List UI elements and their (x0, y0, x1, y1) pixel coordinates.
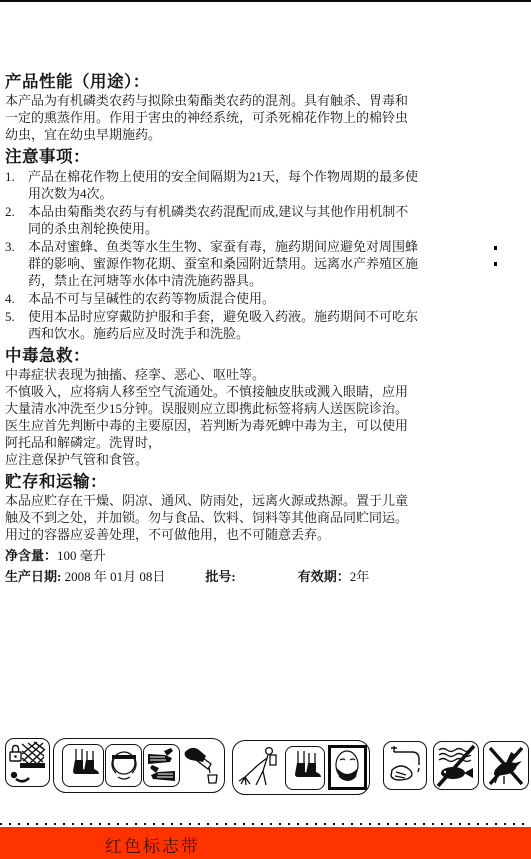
list-item: 2. 本品由菊酯类农药与有机磷类农药混配而成,建议与其他作用机制不 同的杀虫剂轮… (5, 203, 526, 237)
wear-boots-icon (62, 744, 104, 787)
section-heading-storage: 贮存和运输： (5, 472, 526, 492)
list-item-text: 本品不可与呈碱性的农药等物质混合使用。 (28, 290, 275, 307)
wash-hands-icon (383, 741, 427, 790)
list-item-text: 本品由菊酯类农药与有机磷类农药混配而成,建议与其他作用机制不 同的杀虫剂轮换使用… (28, 203, 408, 237)
keep-locked-away-icon (5, 738, 50, 787)
wear-boots-icon (285, 746, 325, 790)
spray-application-icon (236, 744, 288, 791)
section-heading-performance: 产品性能（用途）： (5, 72, 526, 92)
production-date-value: 2008 年 01月 08日 (61, 569, 165, 584)
list-item-number: 1. (5, 168, 28, 202)
toxic-to-birds-icon (483, 741, 529, 790)
list-item-number: 2. (5, 203, 28, 237)
wear-gloves-icon (143, 744, 180, 787)
ppe-icon-group (53, 738, 225, 793)
fold-mark-dots (494, 246, 498, 268)
list-item: 1. 产品在棉花作物上使用的安全间隔期为21天，每个作物周期的最多使 用次数为4… (5, 168, 526, 202)
list-item: 5. 使用本品时应穿戴防护服和手套，避免吸入药液。施药期间不可吃东 西和饮水。施… (5, 308, 526, 342)
pour-carefully-icon (181, 742, 221, 789)
batch-number-label: 批号: (205, 569, 235, 584)
pesticide-label-page: 产品性能（用途）： 本产品为有机磷类农药与拟除虫菊酯类农药的混剂。具有触杀、胃毒… (0, 0, 531, 859)
list-item-number: 5. (5, 308, 28, 342)
section-body-performance: 本产品为有机磷类农药与拟除虫菊酯类农药的混剂。具有触杀、胃毒和 一定的熏蒸作用。… (5, 92, 526, 143)
list-item: 3. 本品对蜜蜂、鱼类等水生生物、家蚕有毒，施药期间应避免对周围蜂 群的影响、蜜… (5, 238, 526, 289)
list-item-text: 本品对蜜蜂、鱼类等水生生物、家蚕有毒，施药期间应避免对周围蜂 群的影响、蜜源作物… (28, 238, 418, 289)
red-marker-band: 红色标志带 (0, 827, 531, 859)
section-body-first-aid: 中毒症状表现为抽搐、痉挛、恶心、呕吐等。 不慎吸入，应将病人移至空气流通处。不慎… (5, 366, 526, 468)
perforation-dotted-line (0, 823, 531, 825)
net-content-label: 净含量： (5, 548, 57, 563)
net-content-value: 100 毫升 (57, 548, 106, 563)
section-heading-first-aid: 中毒急救： (5, 346, 526, 366)
list-item-text: 使用本品时应穿戴防护服和手套，避免吸入药液。施药期间不可吃东 西和饮水。施药后应… (28, 308, 418, 342)
net-content-row: 净含量：100 毫升 (5, 547, 526, 564)
safety-pictogram-strip (0, 738, 531, 800)
validity-value: 2年 (350, 569, 370, 584)
application-icon-group (232, 740, 370, 795)
top-border-line (0, 0, 531, 2)
list-item-number: 4. (5, 290, 28, 307)
section-body-storage: 本品应贮存在干燥、阴凉、通风、防雨处，远离火源或热源。置于儿童 触及不到之处，并… (5, 492, 526, 543)
toxic-to-fish-icon (433, 741, 479, 790)
list-item-number: 3. (5, 238, 28, 289)
list-item: 4. 本品不可与呈碱性的农药等物质混合使用。 (5, 290, 526, 307)
wear-face-shield-icon (105, 744, 142, 787)
validity-label: 有效期： (298, 569, 350, 584)
list-item-text: 产品在棉花作物上使用的安全间隔期为21天，每个作物周期的最多使 用次数为4次。 (28, 168, 418, 202)
label-text-content: 产品性能（用途）： 本产品为有机磷类农药与拟除虫菊酯类农药的混剂。具有触杀、胃毒… (5, 72, 526, 585)
wear-respirator-mask-icon (328, 745, 367, 790)
precautions-list: 1. 产品在棉花作物上使用的安全间隔期为21天，每个作物周期的最多使 用次数为4… (5, 168, 526, 342)
production-info-row: 生产日期: 2008 年 01月 08日批号:有效期：2年 (5, 568, 526, 585)
production-date-label: 生产日期: (5, 569, 61, 584)
red-band-label: 红色标志带 (105, 832, 200, 857)
section-heading-precautions: 注意事项： (5, 147, 526, 167)
